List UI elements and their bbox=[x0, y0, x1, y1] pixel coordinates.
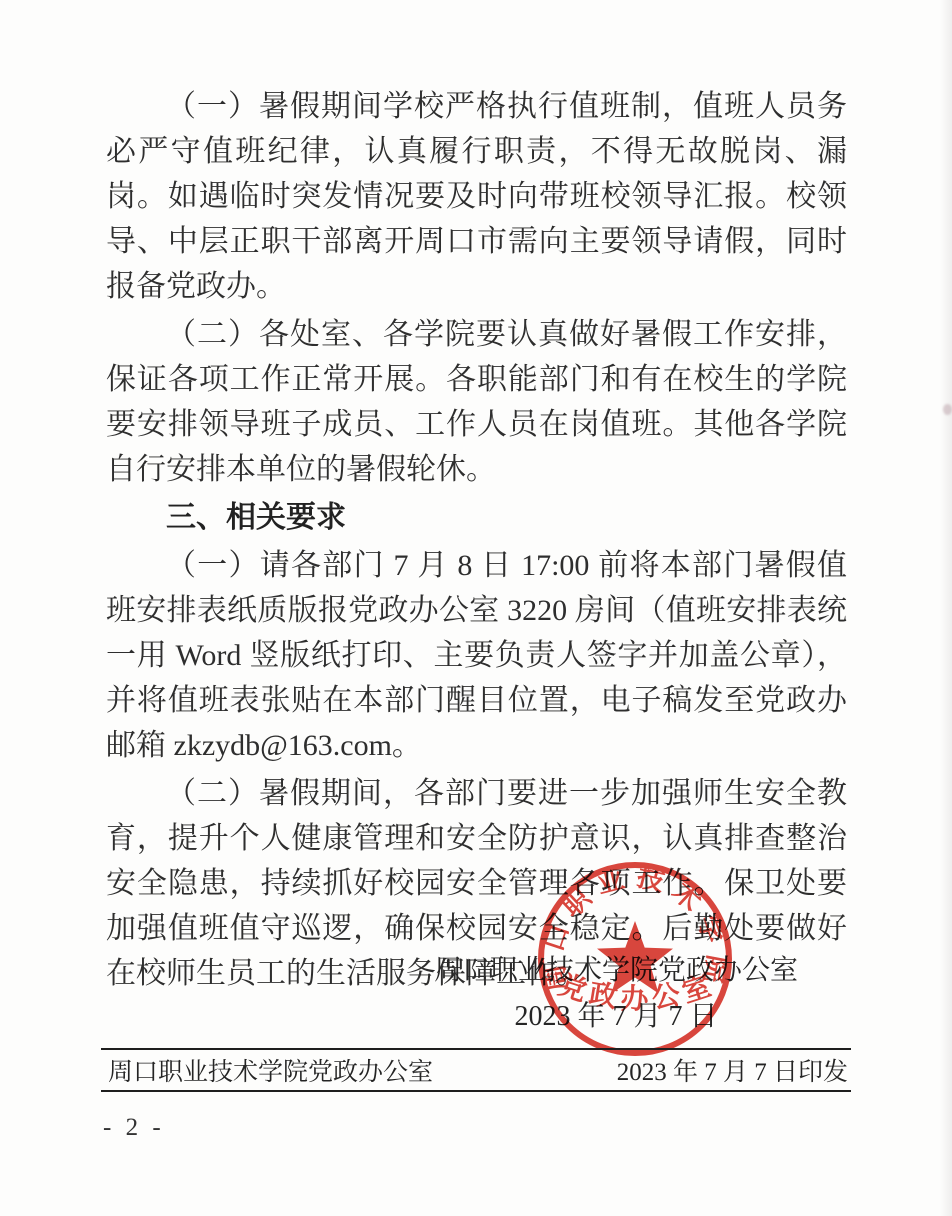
footer-issuer: 周口职业技术学院党政办公室 bbox=[101, 1052, 433, 1088]
footer-row: 周口职业技术学院党政办公室 2023 年 7 月 7 日印发 bbox=[101, 1050, 851, 1090]
page-number: - 2 - bbox=[103, 1114, 165, 1142]
footer-print-date: 2023 年 7 月 7 日印发 bbox=[617, 1052, 851, 1088]
document-page: （一）暑假期间学校严格执行值班制，值班人员务必严守值班纪律，认真履行职责，不得无… bbox=[0, 0, 952, 1216]
paragraph-schedule-submission: （一）请各部门 7 月 8 日 17:00 前将本部门暑假值班安排表纸质版报党政… bbox=[106, 543, 847, 768]
scan-artifact-speck bbox=[943, 404, 952, 415]
scan-edge-shade bbox=[940, 0, 952, 1216]
section-heading-requirements: 三、相关要求 bbox=[106, 495, 847, 540]
paragraph-work-arrangement: （二）各处室、各学院要认真做好暑假工作安排，保证各项工作正常开展。各职能部门和有… bbox=[106, 312, 847, 492]
footer-bottom-rule bbox=[101, 1090, 851, 1092]
official-seal: 周口职业技术学院 党政办公室 bbox=[525, 849, 745, 1069]
paragraph-duty-discipline: （一）暑假期间学校严格执行值班制，值班人员务必严守值班纪律，认真履行职责，不得无… bbox=[106, 84, 847, 309]
